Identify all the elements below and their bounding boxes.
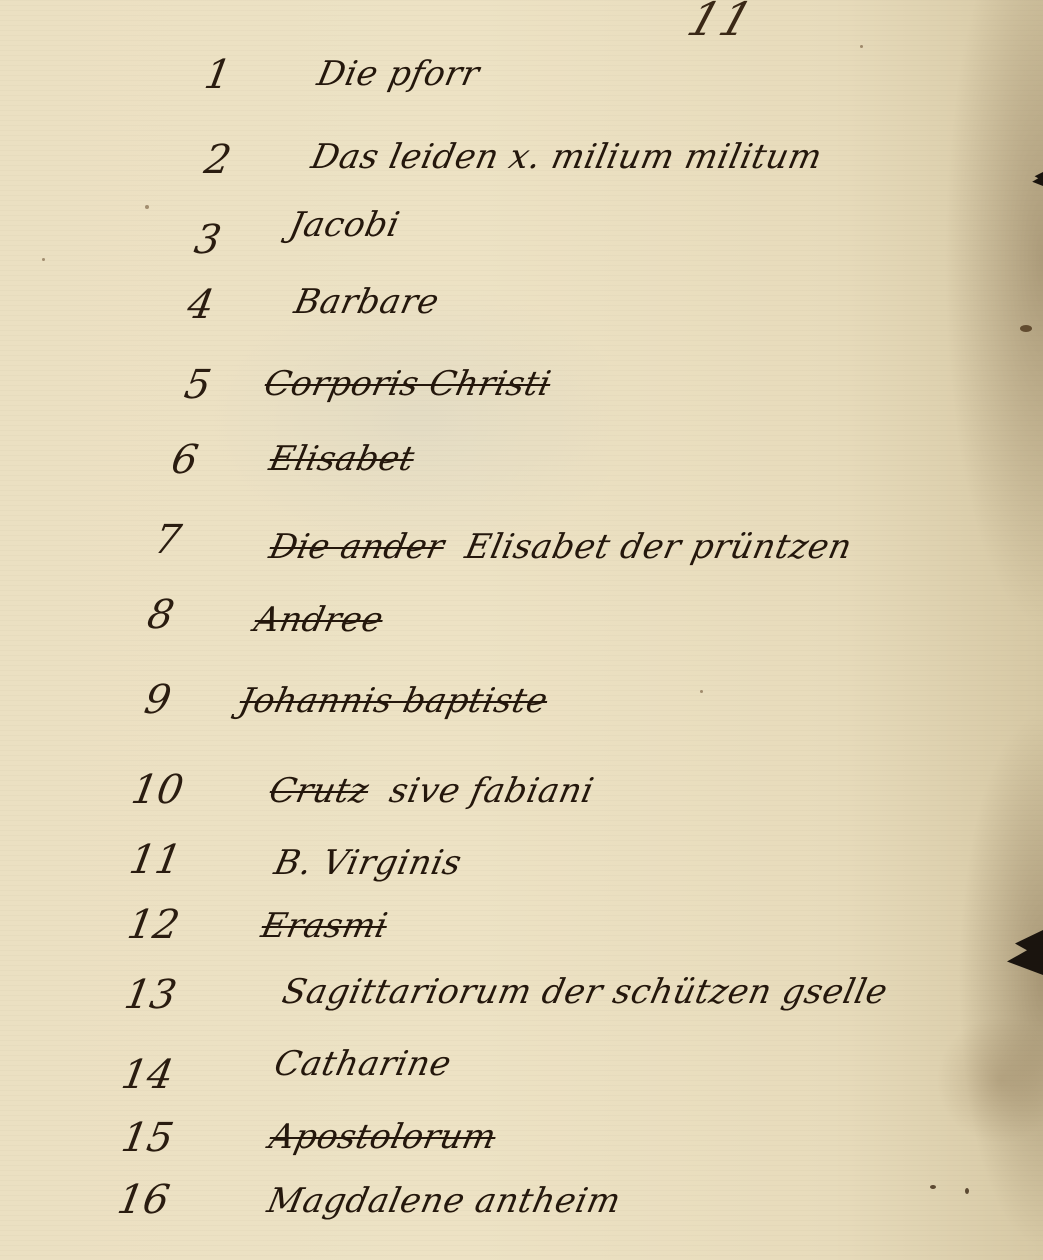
entry-text: Barbare [291,285,442,319]
entry-segment-struck: Andree [251,600,387,640]
entry-text: Jacobi [286,208,402,242]
entry-text: Sagittariorum der schützen gselle [279,975,890,1009]
list-entry: 14 Catharine [0,1055,1043,1115]
entry-number: 4 [184,285,217,325]
entry-segment: B. Virginis [271,843,466,883]
list-entry: 2 Das leiden x. milium militum [0,140,1043,200]
entry-number: 9 [141,680,174,720]
entry-number: 6 [168,440,201,480]
entry-text: Apostolorum [266,1120,499,1154]
list-entry: 9 Johannis baptiste [0,680,1043,740]
list-entry: 6 Elisabet [0,440,1043,500]
list-entry: 15 Apostolorum [0,1118,1043,1178]
entry-text: Elisabet [266,442,417,476]
list-entry: 1 Die pforr [0,55,1043,115]
entry-text: Magdalene antheim [264,1184,623,1218]
entry-text: Johannis baptiste [236,684,550,718]
list-entry: 3 Jacobi [0,220,1043,280]
list-entry: 4 Barbare [0,285,1043,345]
entry-segment-struck: Corporis Christi [261,364,555,404]
entry-number: 13 [121,975,179,1015]
entry-text: Catharine [271,1047,454,1081]
entry-number: 15 [118,1118,176,1158]
entry-number: 14 [118,1055,176,1095]
entry-text: Andree [251,603,386,637]
entry-text: Erasmi [258,909,390,943]
entry-segment: Die pforr [314,54,483,94]
entry-segment-struck: Johannis baptiste [236,681,552,721]
entry-number: 5 [181,365,214,405]
entry-text: Corporis Christi [261,367,554,401]
list-entry: 5 Corporis Christi [0,365,1043,425]
entry-segment: Jacobi [286,205,404,245]
entry-number: 16 [114,1180,172,1220]
entry-segment: Catharine [271,1044,455,1084]
entry-segment-struck: Crutz [266,771,373,811]
entry-number: 2 [201,140,234,180]
entry-text: B. Virginis [271,846,464,880]
entry-segment-struck: Elisabet [266,439,418,479]
list-entry: 8 Andree [0,595,1043,655]
entry-list: 1 Die pforr 2 Das leiden x. milium milit… [0,0,1043,1260]
entry-segment: Elisabet der prüntzen [462,527,856,567]
entry-segment: Magdalene antheim [264,1181,625,1221]
entry-segment-struck: Erasmi [258,906,391,946]
manuscript-page: 11 1 Die pforr 2 Das leiden x. milium mi… [0,0,1043,1260]
list-entry: 16 Magdalene antheim [0,1180,1043,1240]
entry-segment: sive fabiani [386,771,598,811]
entry-segment-struck: Die ander [266,527,448,567]
list-entry: 12 Erasmi [0,905,1043,965]
list-entry: 10 Crutzsive fabiani [0,770,1043,830]
entry-number: 7 [151,520,184,560]
entry-segment: Das leiden x. milium militum [308,137,826,177]
entry-number: 12 [124,905,182,945]
entry-number: 8 [144,595,177,635]
entry-text: Die anderElisabet der prüntzen [266,530,855,564]
entry-text: Crutzsive fabiani [266,774,596,808]
list-entry: 11 B. Virginis [0,840,1043,900]
entry-segment-struck: Apostolorum [266,1117,500,1157]
list-entry: 7 Die anderElisabet der prüntzen [0,520,1043,580]
entry-text: Das leiden x. milium militum [308,140,825,174]
entry-segment: Sagittariorum der schützen gselle [279,972,891,1012]
entry-number: 11 [126,840,184,880]
entry-segment: Barbare [291,282,443,322]
entry-number: 1 [201,55,234,95]
entry-number: 10 [128,770,186,810]
entry-text: Die pforr [314,57,482,91]
list-entry: 13 Sagittariorum der schützen gselle [0,975,1043,1035]
entry-number: 3 [191,220,224,260]
